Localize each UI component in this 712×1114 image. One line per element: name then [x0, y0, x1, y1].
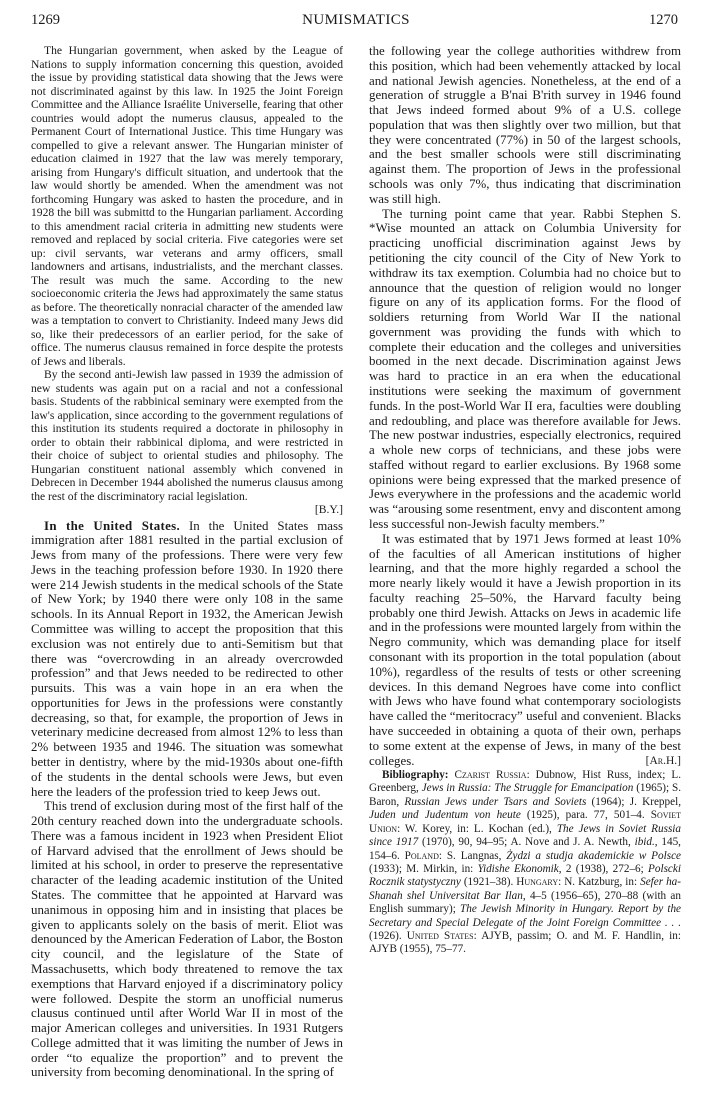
bib-title: ibid. [635, 836, 655, 848]
author-signature-hungary: [B.Y.] [31, 503, 343, 517]
section-heading-united-states: In the United States. [44, 519, 180, 533]
left-column: The Hungarian government, when asked by … [31, 44, 343, 1080]
right-column: the following year the college authoriti… [369, 44, 681, 957]
bib-section-hungary: Hungary [516, 876, 558, 888]
paragraph-us-1-text: In the United States mass immigration af… [31, 519, 343, 799]
bib-title: Żydzi a studja akademickie w Polsce [506, 850, 681, 862]
paragraph-hungary-2-text: By the second anti-Jewish law passed in … [31, 368, 343, 503]
paragraph-us-3: The turning point came that year. Rabbi … [369, 207, 681, 532]
bib-title: Russian Jews under Tsars and Soviets [404, 796, 586, 808]
paragraph-us-1: In the United States. In the United Stat… [31, 519, 343, 800]
paragraph-us-4: It was estimated that by 1971 Jews forme… [369, 532, 681, 769]
page-number-right: 1270 [649, 12, 678, 29]
paragraph-us-2: This trend of exclusion during most of t… [31, 799, 343, 1080]
paragraph-us-2-continued: the following year the college authoriti… [369, 44, 681, 207]
paragraph-hungary-1: The Hungarian government, when asked by … [31, 44, 343, 368]
bib-section-czarist-russia: Czarist Russia [455, 769, 527, 781]
bib-title: Juden und Judentum von heute [369, 809, 521, 821]
running-header: 1269 NUMISMATICS 1270 [0, 9, 712, 29]
bib-section-united-states: United States [407, 930, 474, 942]
bib-title: Jews in Russia: The Struggle for Emancip… [422, 782, 634, 794]
author-signature-us: [Ar.H.] [369, 754, 681, 769]
paragraph-hungary-2: By the second anti-Jewish law passed in … [31, 368, 343, 503]
bib-title: Yidishe Ekonomik [478, 863, 559, 875]
bibliography: Bibliography: Czarist Russia: Dubnow, Hi… [369, 769, 681, 957]
bib-section-poland: Poland [405, 850, 439, 862]
bibliography-label: Bibliography: [382, 769, 449, 781]
running-title: NUMISMATICS [0, 12, 712, 29]
